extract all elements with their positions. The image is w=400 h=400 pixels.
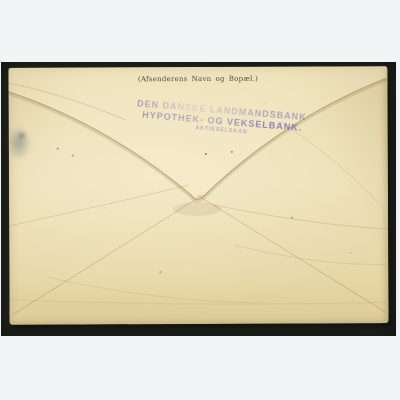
flap-tip-shade [173, 202, 221, 216]
paper-speck [57, 148, 59, 150]
wrinkle-line [49, 277, 261, 304]
paper-speck [159, 271, 161, 273]
paper-speck [72, 155, 74, 157]
page-background: (Afsenderens Navn og Bopæl.) DEN DANSKE … [0, 0, 400, 400]
wrinkle-line [214, 204, 388, 230]
paper-speck [349, 252, 351, 253]
upper-left-crease [9, 82, 127, 121]
paper-speck [291, 217, 293, 219]
wrinkle-line [9, 298, 388, 305]
flap-fold-shadow [9, 80, 388, 202]
paper-speck [205, 153, 207, 155]
paper-speck [105, 207, 106, 208]
sender-caption-printed: (Afsenderens Navn og Bopæl.) [8, 74, 387, 84]
envelope-flap [8, 66, 387, 200]
ink-smudge-blob [15, 130, 29, 142]
envelope-back: (Afsenderens Navn og Bopæl.) DEN DANSKE … [8, 66, 388, 325]
photo-mount: (Afsenderens Navn og Bopæl.) DEN DANSKE … [1, 62, 396, 336]
seam-crease-right [197, 194, 386, 313]
bank-handstamp: DEN DANSKE LANDMANDSBANK HYPOTHEK- OG VE… [135, 98, 317, 142]
ink-smudge-left-edge [2, 119, 36, 167]
paper-speck [231, 151, 233, 153]
flap-fold-line [8, 78, 387, 200]
wrinkle-line [234, 244, 387, 265]
paper-speck [265, 103, 266, 104]
wrinkle-line [9, 185, 189, 226]
seam-crease-left [12, 195, 204, 315]
